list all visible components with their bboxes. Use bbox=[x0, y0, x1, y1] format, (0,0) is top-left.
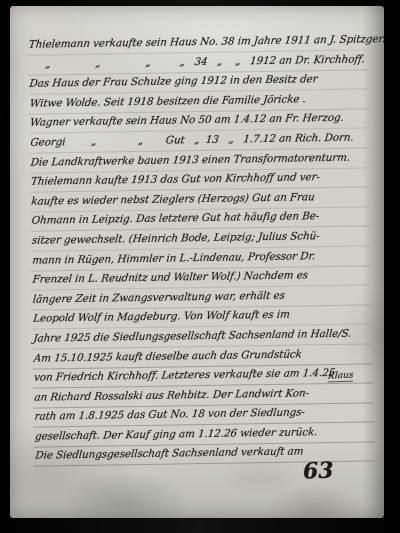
scan-frame: Thielemann verkaufte sein Haus No. 38 im… bbox=[0, 0, 400, 533]
handwriting-block: Thielemann verkaufte sein Haus No. 38 im… bbox=[29, 30, 376, 466]
manuscript-page: Thielemann verkaufte sein Haus No. 38 im… bbox=[10, 6, 384, 518]
page-number: 63 bbox=[303, 457, 335, 484]
inserted-correction-word: Klaus bbox=[327, 371, 353, 383]
